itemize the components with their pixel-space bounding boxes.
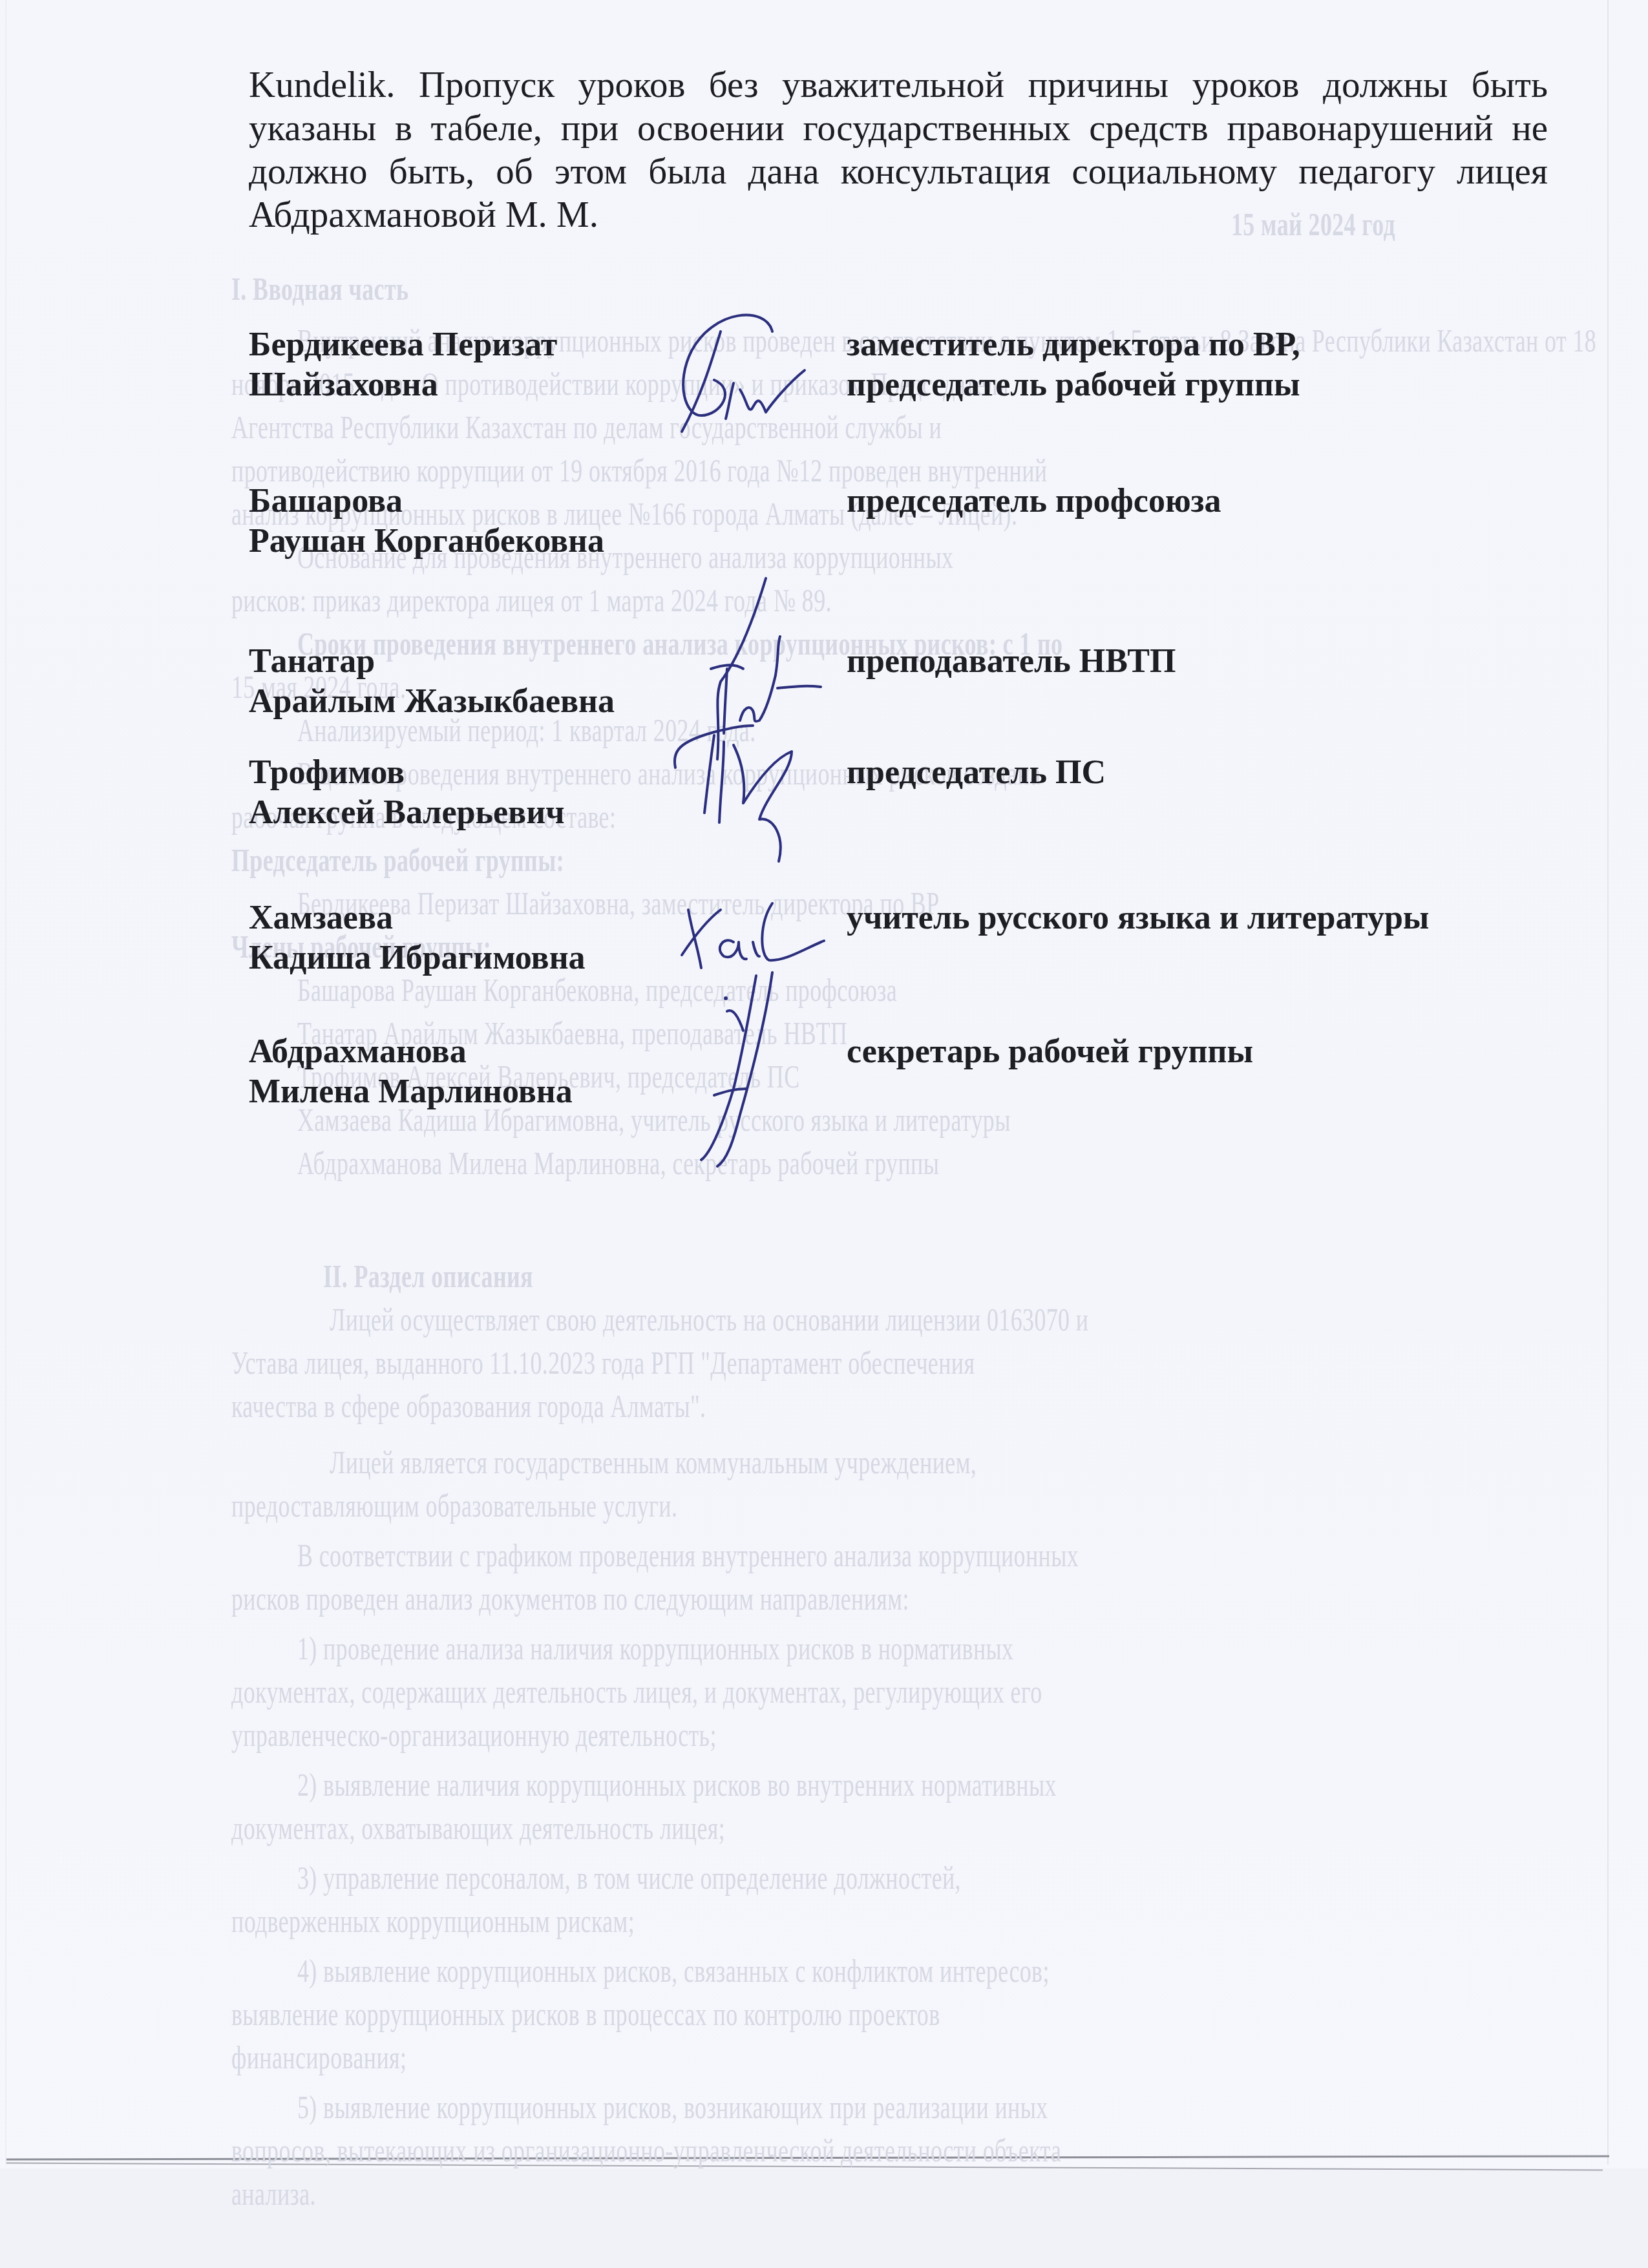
handwritten-signature-icon: [662, 706, 830, 865]
signatory-role: преподаватель НВТП: [847, 642, 1622, 682]
ghost-heading-1: I. Вводная часть: [231, 270, 408, 308]
ghost-line: В соответствии с графиком проведения вну…: [297, 1537, 1079, 1574]
signatory-row: Трофимов Алексей Валерьевич председатель…: [249, 774, 1606, 858]
page-left-edge: [5, 0, 6, 2165]
ghost-line: финансирования;: [231, 2039, 407, 2076]
signatory-name: Танатар Арайлым Жазыкбаевна: [249, 642, 727, 722]
ghost-line: Лицей осуществляет свою деятельность на …: [330, 1301, 1088, 1338]
signatory-role: председатель ПС: [847, 753, 1622, 793]
signatory-role: секретарь рабочей группы: [847, 1032, 1622, 1072]
ghost-line: документах, охватывающих деятельность ли…: [231, 1809, 725, 1847]
ghost-line: 5) выявление коррупционных рисков, возни…: [297, 2088, 1048, 2126]
scanner-bed-area: [0, 2168, 1648, 2268]
signatory-row: Хамзаева Кадиша Ибрагимовна учитель русс…: [249, 903, 1606, 987]
signatory-name: Хамзаева Кадиша Ибрагимовна: [249, 898, 727, 978]
signatory-row: Танатар Арайлым Жазыкбаевна преподавател…: [249, 617, 1606, 701]
ghost-line: документах, содержащих деятельность лице…: [231, 1673, 1042, 1710]
ghost-line: рисков проведен анализ документов по сле…: [231, 1580, 909, 1617]
ghost-line: 4) выявление коррупционных рисков, связа…: [297, 1952, 1050, 1990]
signatory-name: Башарова Раушан Корганбековна: [249, 481, 727, 562]
signatory-role: председатель профсоюза: [847, 481, 1622, 521]
ghost-line: 2) выявление наличия коррупционных риско…: [297, 1766, 1057, 1803]
signatory-name: Абдрахманова Милена Марлиновна: [249, 1032, 727, 1112]
signatory-role: заместитель директора по ВР, председател…: [847, 325, 1622, 405]
ghost-line: 3) управление персоналом, в том числе оп…: [297, 1859, 961, 1896]
ghost-line: предоставляющим образовательные услуги.: [231, 1487, 677, 1524]
handwritten-signature-icon: [688, 960, 805, 1176]
scanned-page: 15 май 2024 год I. Вводная часть Внутрен…: [0, 0, 1648, 2268]
ghost-line: подверженных коррупционным рискам;: [231, 1902, 635, 1940]
ghost-line: Устава лицея, выданного 11.10.2023 года …: [231, 1344, 975, 1381]
ghost-line: Лицей является государственным коммуналь…: [330, 1444, 977, 1481]
page-bottom-edge: [6, 2155, 1609, 2160]
intro-paragraph: Kundelik. Пропуск уроков без уважительно…: [249, 63, 1548, 236]
signatory-row: Бердикеева Перизат Шайзаховна заместител…: [249, 325, 1606, 409]
ghost-line: Абдрахманова Милена Марлиновна, секретар…: [297, 1144, 939, 1182]
ghost-line: качества в сфере образования города Алма…: [231, 1387, 706, 1425]
signatory-role: учитель русского языка и литературы: [847, 898, 1622, 938]
ghost-line: 1) проведение анализа наличия коррупцион…: [297, 1630, 1013, 1667]
signatory-name: Бердикеева Перизат Шайзаховна: [249, 325, 727, 405]
ghost-line: управленческо-организационную деятельнос…: [231, 1716, 717, 1754]
ghost-heading-2: II. Раздел описания: [323, 1257, 533, 1295]
ghost-line: выявление коррупционных рисков в процесс…: [231, 1995, 940, 2033]
handwritten-signature-icon: [675, 306, 824, 445]
ghost-line: Агентства Республики Казахстан по делам …: [231, 408, 942, 446]
signatory-row: Башарова Раушан Корганбековна председате…: [249, 481, 1606, 565]
signatory-name: Трофимов Алексей Валерьевич: [249, 753, 727, 833]
signatory-row: Абдрахманова Милена Марлиновна секретарь…: [249, 1037, 1606, 1121]
